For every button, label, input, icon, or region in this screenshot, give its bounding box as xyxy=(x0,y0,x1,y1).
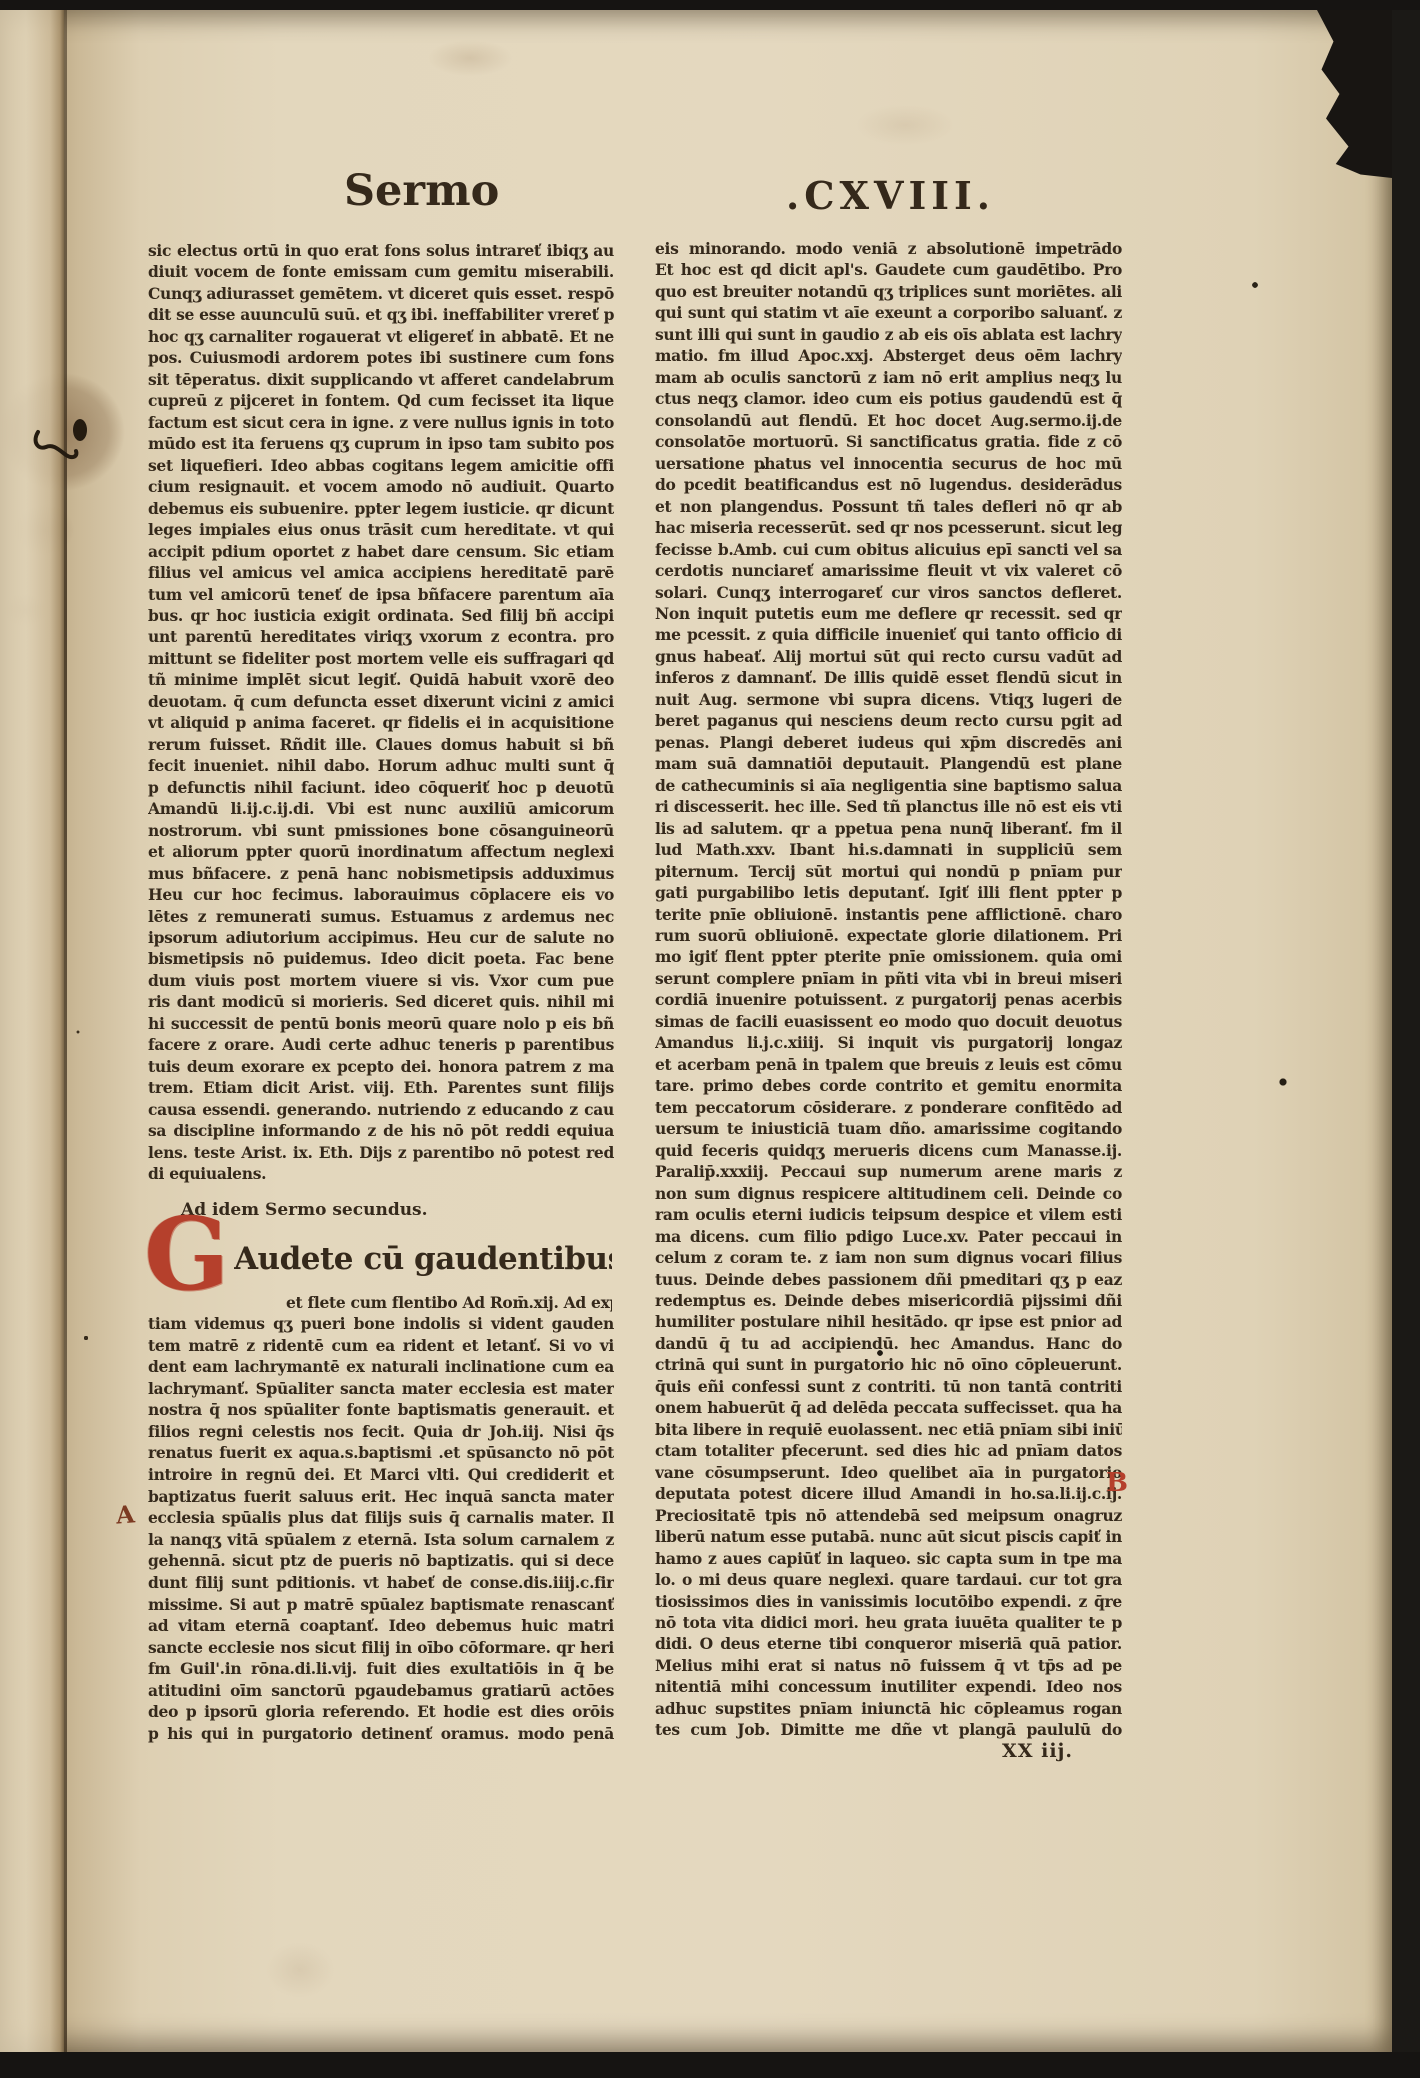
text-line: nō tota vita didici mori. heu grata iuuē… xyxy=(655,1612,1122,1633)
book-page: Sermo .CXVIII. sic electus ortū in quo e… xyxy=(0,10,1392,2052)
text-line: nuit Aug. sermone vbi supra dicens. Vtiq… xyxy=(655,689,1122,710)
text-line: bus. qr hoc iusticia exigit ordinata. Se… xyxy=(148,605,614,626)
text-line: accipit pdium oportet z habet dare censu… xyxy=(148,541,614,562)
text-line: sancte ecclesie nos sicut filij in oībo … xyxy=(148,1637,614,1659)
text-line: celum z coram te. z iam non sum dignus v… xyxy=(655,1247,1122,1268)
text-line: debemus eis subuenire. ppter legem iusti… xyxy=(148,498,614,519)
text-line: gehennā. sicut ptz de pueris nō baptizat… xyxy=(148,1550,614,1572)
photo-background: Sermo .CXVIII. sic electus ortū in quo e… xyxy=(0,0,1420,2078)
text-line: et aliorum ppter quorū inordinatum affec… xyxy=(148,841,614,862)
text-line: mo igiť flent ppter pterite pnīe omissio… xyxy=(655,946,1122,967)
text-line: lis ad salutem. qr a ppetua pena nunq̄ l… xyxy=(655,818,1122,839)
running-header-title: Sermo xyxy=(344,168,499,214)
ink-blot xyxy=(18,402,108,482)
text-line: leges impiales eius onus trāsit cum here… xyxy=(148,519,614,540)
text-line: factum est sicut cera in igne. z vere nu… xyxy=(148,412,614,433)
text-line: Amandū li.ij.c.ij.di. Vbi est nunc auxil… xyxy=(148,798,614,819)
text-line: lētes z remunerati sumus. Estuamus z ard… xyxy=(148,906,614,927)
text-line: onem habuerūt q̄ ad delēda peccata suffe… xyxy=(655,1397,1122,1418)
text-line: Amandus li.j.c.xiiij. Si inquit vis purg… xyxy=(655,1032,1122,1053)
text-line: tiosissimos dies in vanissimis locutōibo… xyxy=(655,1591,1122,1612)
incipit-small-text: et flete cum flentibo Ad Rom̄.xij. Ad ex… xyxy=(286,1292,612,1313)
text-line: pos. Cuiusmodi ardorem potes ibi sustine… xyxy=(148,347,614,368)
text-line: liberū natum esse putabā. nunc aūt sicut… xyxy=(655,1526,1122,1547)
text-line: nostrorum. vbi sunt pmissiones bone cōsa… xyxy=(148,820,614,841)
text-line: dandū q̄ tu ad accipiendū. hec Amandus. … xyxy=(655,1333,1122,1354)
text-line: tiam videmus qʒ pueri bone indolis si vi… xyxy=(148,1313,614,1335)
text-line: humiliter postulare nihil hesitādo. qr i… xyxy=(655,1311,1122,1332)
running-header-folio: .CXVIII. xyxy=(786,174,995,218)
text-line: tuis deum exorare ex pcepto dei. honora … xyxy=(148,1056,614,1077)
text-line: ecclesia spūalis plus dat filijs suis q̄… xyxy=(148,1507,614,1529)
text-line: hi successit de pentū bonis meorū quare … xyxy=(148,1013,614,1034)
text-line: la nanqʒ vitā spūalem z eternā. Ista sol… xyxy=(148,1529,614,1551)
text-line: rum suorū obliuionē. expectate glorie di… xyxy=(655,925,1122,946)
text-line: de cathecuminis si aīa negligentia sine … xyxy=(655,775,1122,796)
text-line: dent eam lachrymantē ex naturali inclina… xyxy=(148,1356,614,1378)
text-line: tum vel amicorū teneť de ipsa bñfacere p… xyxy=(148,584,614,605)
text-line: baptizatus fuerit saluus erit. Hec inquā… xyxy=(148,1486,614,1508)
text-line: tem peccatorum cōsiderare. z ponderare c… xyxy=(655,1097,1122,1118)
gutter-crease xyxy=(64,10,67,2052)
text-line: rerum fuisset. Rñdit ille. Claues domus … xyxy=(148,734,614,755)
text-line: fm Guil'.in rōna.di.li.vij. fuit dies ex… xyxy=(148,1658,614,1680)
text-line: mus bñfacere. z penā hanc nobismetipsis … xyxy=(148,863,614,884)
text-line: deputata potest dicere illud Amandi in h… xyxy=(655,1483,1122,1504)
text-line: filius vel amicus vel amica accipiens he… xyxy=(148,562,614,583)
text-line: atitudini oīm sanctorū pgaudebamus grati… xyxy=(148,1680,614,1702)
text-line: quid feceris quidqʒ merueris dicens cum … xyxy=(655,1140,1122,1161)
text-line: Preciositatē tpis nō attendebā sed meips… xyxy=(655,1505,1122,1526)
rubricated-initial: G xyxy=(144,1206,229,1302)
text-line: trem. Etiam dicit Arist. viij. Eth. Pare… xyxy=(148,1077,614,1098)
right-column-text: eis minorando. modo veniā z absolutionē … xyxy=(655,238,1122,1741)
text-line: tuus. Deinde debes passionem dñi pmedita… xyxy=(655,1269,1122,1290)
text-line: Paralip̄.xxxiij. Peccaui sup numerum are… xyxy=(655,1161,1122,1182)
text-line: filios regni celestis nos fecit. Quia dr… xyxy=(148,1421,614,1443)
text-line: sit tēperatus. dixit supplicando vt affe… xyxy=(148,369,614,390)
photo-right-band xyxy=(1392,10,1420,2052)
text-line: ris dant modicū si morieris. Sed diceret… xyxy=(148,991,614,1012)
text-line: cupreū z pijceret in fontem. Qd cum feci… xyxy=(148,390,614,411)
text-line: cium resignauit. et vocem amodo nō audiu… xyxy=(148,476,614,497)
text-line: unt parentū hereditates viriqʒ vxorum z … xyxy=(148,626,614,647)
text-line: sunt illi qui sunt in gaudio z ab eis oī… xyxy=(655,324,1122,345)
text-line: adhuc supstites pnīam iniunctā hic cōple… xyxy=(655,1698,1122,1719)
text-line: quo est breuiter notandū qʒ triplices su… xyxy=(655,281,1122,302)
text-line: introire in regnū dei. Et Marci vlti. Qu… xyxy=(148,1464,614,1486)
text-line: nitentiā mihi concessum inutiliter expen… xyxy=(655,1676,1122,1697)
text-line: et acerbam penā in tpalem que breuis z l… xyxy=(655,1054,1122,1075)
text-line: hoc qʒ carnaliter rogauerat vt eligereť … xyxy=(148,326,614,347)
text-line: lens. teste Arist. ix. Eth. Dijs z paren… xyxy=(148,1142,614,1163)
text-line: gati purgabilibo letis deputanť. Igiť il… xyxy=(655,882,1122,903)
text-line: di equiualens. xyxy=(148,1163,614,1184)
text-line: ctrinā qui sunt in purgatorio hic nō oīn… xyxy=(655,1354,1122,1375)
incipit-large-text: Audete cū gaudentibus xyxy=(234,1238,612,1280)
text-line: ipsorum adiutorium accipimus. Heu cur de… xyxy=(148,927,614,948)
text-line: mam suā damnatiōi deputauit. Plangendū e… xyxy=(655,753,1122,774)
text-line: Non inquit putetis eum me deflere qr rec… xyxy=(655,603,1122,624)
text-line: redemptus es. Deinde debes misericordiā … xyxy=(655,1290,1122,1311)
text-line: qui sunt qui statim vt aīe exeunt a corp… xyxy=(655,302,1122,323)
text-line: deuotam. q̄ cum defuncta esset dixerunt … xyxy=(148,691,614,712)
text-line: dit se esse auunculū suū. et qʒ ibi. ine… xyxy=(148,304,614,325)
right-margin-mark: B xyxy=(1106,1468,1128,1498)
text-line: et non plangendus. Possunt tñ tales defl… xyxy=(655,496,1122,517)
text-line: Cunqʒ adiurasset gemētem. vt diceret qui… xyxy=(148,283,614,304)
text-line: sa discipline informando z de his nō pōt… xyxy=(148,1120,614,1141)
text-line: didi. O deus eterne tibi conqueror miser… xyxy=(655,1633,1122,1654)
text-line: non sum dignus respicere altitudinem cel… xyxy=(655,1183,1122,1204)
text-line: hamo z aues capiūť in laqueo. sic capta … xyxy=(655,1548,1122,1569)
text-line: bismetipsis nō puidemus. Ideo dicit poet… xyxy=(148,948,614,969)
text-line: fecisse b.Amb. cui cum obitus alicuius e… xyxy=(655,539,1122,560)
torn-corner-shadow xyxy=(1317,10,1392,185)
text-line: p his qui in purgatorio detinenť oramus.… xyxy=(148,1723,614,1745)
left-column-sermon2-text: tiam videmus qʒ pueri bone indolis si vi… xyxy=(148,1313,614,1745)
text-line: ram oculis eterni iudicis teipsum despic… xyxy=(655,1204,1122,1225)
text-line: consolatōe mortuorū. Si sanctificatus gr… xyxy=(655,431,1122,452)
text-line: tñ minime implēt sicut legiť. Quidā habu… xyxy=(148,669,614,690)
text-line: cordiā inuenire potuissent. z purgatorij… xyxy=(655,989,1122,1010)
text-line: deo p ipsorū gloria referendo. Et hodie … xyxy=(148,1701,614,1723)
left-margin-mark: A xyxy=(115,1499,136,1529)
text-line: vane cōsumpserunt. Ideo quelibet aīa in … xyxy=(655,1462,1122,1483)
text-line: causa essendi. generando. nutriendo z ed… xyxy=(148,1099,614,1120)
text-line: uersatione phatus vel innocentia securus… xyxy=(655,453,1122,474)
text-line: me pcessit. z quia difficile inuenieť qu… xyxy=(655,624,1122,645)
text-line: tem matrē z ridentē cum ea rident et let… xyxy=(148,1335,614,1357)
text-line: terite pnīe obliuionē. instantis pene af… xyxy=(655,904,1122,925)
text-line: renatus fuerit ex aqua.s.baptismi .et sp… xyxy=(148,1442,614,1464)
text-line: uersum te iniusticiā tuam dño. amarissim… xyxy=(655,1118,1122,1139)
text-line: dum viuis post mortem viuere si vis. Vxo… xyxy=(148,970,614,991)
text-line: set liquefieri. Ideo abbas cogitans lege… xyxy=(148,455,614,476)
text-line: tare. primo debes corde contrito et gemi… xyxy=(655,1075,1122,1096)
text-line: beret paganus qui nesciens deum recto cu… xyxy=(655,710,1122,731)
text-line: dunt filij sunt pditionis. vt habeť de c… xyxy=(148,1572,614,1594)
text-line: lud Math.xxv. Ibant hi.s.damnati in supp… xyxy=(655,839,1122,860)
text-line: gnus habeať. Alij mortui sūt qui recto c… xyxy=(655,646,1122,667)
facing-page-edge xyxy=(0,10,64,2052)
text-line: cerdotis nunciareť amarissime fleuit vt … xyxy=(655,560,1122,581)
text-line: ma dicens. cum filio pdigo Luce.xv. Pate… xyxy=(655,1226,1122,1247)
text-line: fecit inueniet. nihil dabo. Horum adhuc … xyxy=(148,755,614,776)
text-line: ctam totaliter pfecerunt. sed dies hic a… xyxy=(655,1440,1122,1461)
text-line: Et hoc est qd dicit apl's. Gaudete cum g… xyxy=(655,259,1122,280)
text-line: ri discesserit. hec ille. Sed tñ planctu… xyxy=(655,796,1122,817)
text-line: facere z orare. Audi certe adhuc teneris… xyxy=(148,1034,614,1055)
text-line: missime. Si aut p matrē spūalez baptisma… xyxy=(148,1594,614,1616)
text-line: solari. Cunqʒ interrogareť cur viros san… xyxy=(655,582,1122,603)
text-line: mittunt se fideliter post mortem velle e… xyxy=(148,648,614,669)
text-line: nostra q̄ nos spūaliter fonte baptismati… xyxy=(148,1399,614,1421)
text-line: lachrymanť. Spūaliter sancta mater eccle… xyxy=(148,1378,614,1400)
text-line: ctus neqʒ clamor. ideo cum eis potius ga… xyxy=(655,388,1122,409)
text-line: serunt complere pnīam in pñti vita vbi i… xyxy=(655,968,1122,989)
quire-signature: XX iij. xyxy=(1002,1740,1073,1762)
text-line: ad vitam eternā coaptanť. Ideo debemus h… xyxy=(148,1615,614,1637)
text-line: sic electus ortū in quo erat fons solus … xyxy=(148,240,614,261)
text-line: Heu cur hoc fecimus. laborauimus cōplace… xyxy=(148,884,614,905)
text-line: tes cum Job. Dimitte me dñe vt plangā pa… xyxy=(655,1719,1122,1740)
text-line: diuit vocem de fonte emissam cum gemitu … xyxy=(148,261,614,282)
text-line: mūdo est ita feruens qʒ cuprum in ipso t… xyxy=(148,433,614,454)
text-line: consolandū aut flendū. Et hoc docet Aug.… xyxy=(655,410,1122,431)
text-line: inferos z damnanť. De illis quidē esset … xyxy=(655,667,1122,688)
text-line: q̄uis eñi confessi sunt z contriti. tū n… xyxy=(655,1376,1122,1397)
text-line: lo. o mi deus quare neglexi. quare tarda… xyxy=(655,1569,1122,1590)
text-line: p defunctis nihil faciunt. ideo cōqueriť… xyxy=(148,777,614,798)
text-line: vt aliquid p anima faceret. qr fidelis e… xyxy=(148,712,614,733)
text-line: penas. Plangi deberet iudeus qui xp̄m di… xyxy=(655,732,1122,753)
text-line: hac miseria recesserūt. sed qr nos pcess… xyxy=(655,517,1122,538)
text-line: eis minorando. modo veniā z absolutionē … xyxy=(655,238,1122,259)
text-line: mam ab oculis sanctorū z iam nō erit amp… xyxy=(655,367,1122,388)
text-line: Melius mihi erat si natus nō fuissem q̄ … xyxy=(655,1655,1122,1676)
text-line: matio. fm illud Apoc.xxj. Absterget deus… xyxy=(655,345,1122,366)
text-line: bita libere in requiē euolassent. nec et… xyxy=(655,1419,1122,1440)
left-column-text: sic electus ortū in quo erat fons solus … xyxy=(148,240,614,1185)
text-line: simas de facili euasissent eo modo quo d… xyxy=(655,1011,1122,1032)
text-line: do pcedit beatificandus est nō lugendus.… xyxy=(655,474,1122,495)
text-line: piternum. Tercij sūt mortui qui nondū p … xyxy=(655,861,1122,882)
